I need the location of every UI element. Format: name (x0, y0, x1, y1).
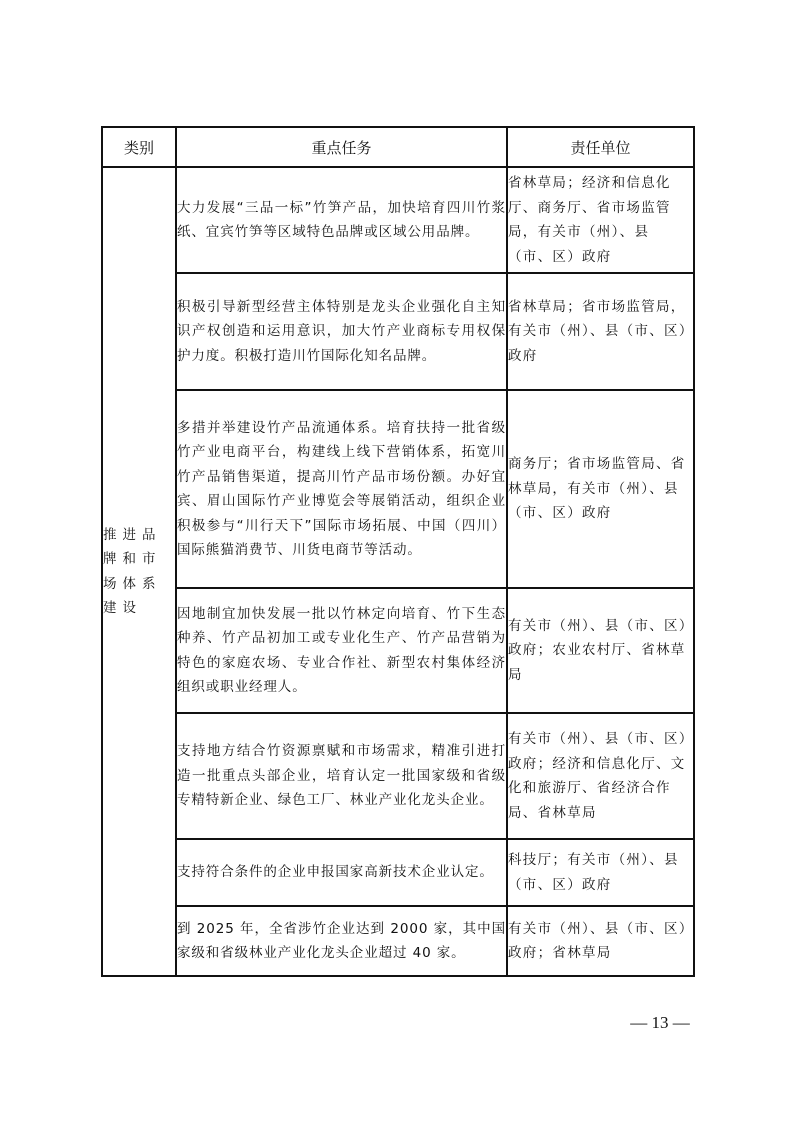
unit-cell: 有关市（州）、县（市、区）政府；农业农村厅、省林草局 (507, 588, 694, 713)
unit-cell: 省林草局；经济和信息化厅、商务厅、省市场监管局，有关市（州）、县（市、区）政府 (507, 167, 694, 273)
task-cell: 支持符合条件的企业申报国家高新技术企业认定。 (176, 839, 507, 906)
task-cell: 支持地方结合竹资源禀赋和市场需求，精准引进打造一批重点头部企业，培育认定一批国家… (176, 713, 507, 839)
unit-cell: 科技厅；有关市（州）、县（市、区）政府 (507, 839, 694, 906)
category-cell: 推进品牌和市场体系建设 (102, 167, 176, 976)
task-cell: 因地制宜加快发展一批以竹林定向培育、竹下生态种养、竹产品初加工或专业化生产、竹产… (176, 588, 507, 713)
task-cell: 积极引导新型经营主体特别是龙头企业强化自主知识产权创造和运用意识，加大竹产业商标… (176, 273, 507, 390)
header-task: 重点任务 (176, 127, 507, 167)
table-row: 推进品牌和市场体系建设 大力发展“三品一标”竹笋产品，加快培育四川竹浆纸、宜宾竹… (102, 167, 694, 273)
table-row: 支持符合条件的企业申报国家高新技术企业认定。 科技厅；有关市（州）、县（市、区）… (102, 839, 694, 906)
header-unit: 责任单位 (507, 127, 694, 167)
task-cell: 大力发展“三品一标”竹笋产品，加快培育四川竹浆纸、宜宾竹笋等区域特色品牌或区域公… (176, 167, 507, 273)
unit-cell: 有关市（州）、县（市、区）政府；省林草局 (507, 906, 694, 976)
unit-cell: 有关市（州）、县（市、区）政府；经济和信息化厅、文化和旅游厅、省经济合作局、省林… (507, 713, 694, 839)
table-header-row: 类别 重点任务 责任单位 (102, 127, 694, 167)
table-row: 因地制宜加快发展一批以竹林定向培育、竹下生态种养、竹产品初加工或专业化生产、竹产… (102, 588, 694, 713)
unit-cell: 省林草局；省市场监管局，有关市（州）、县（市、区）政府 (507, 273, 694, 390)
key-tasks-table: 类别 重点任务 责任单位 推进品牌和市场体系建设 大力发展“三品一标”竹笋产品，… (101, 126, 695, 977)
table-row: 积极引导新型经营主体特别是龙头企业强化自主知识产权创造和运用意识，加大竹产业商标… (102, 273, 694, 390)
document-page: 类别 重点任务 责任单位 推进品牌和市场体系建设 大力发展“三品一标”竹笋产品，… (0, 0, 794, 1123)
unit-cell: 商务厅；省市场监管局、省林草局，有关市（州）、县（市、区）政府 (507, 390, 694, 588)
page-number: — 13 — (620, 1013, 700, 1033)
table-row: 支持地方结合竹资源禀赋和市场需求，精准引进打造一批重点头部企业，培育认定一批国家… (102, 713, 694, 839)
task-cell: 到 2025 年，全省涉竹企业达到 2000 家，其中国家级和省级林业产业化龙头… (176, 906, 507, 976)
task-cell: 多措并举建设竹产品流通体系。培育扶持一批省级竹产业电商平台，构建线上线下营销体系… (176, 390, 507, 588)
table-row: 到 2025 年，全省涉竹企业达到 2000 家，其中国家级和省级林业产业化龙头… (102, 906, 694, 976)
header-category: 类别 (102, 127, 176, 167)
table-row: 多措并举建设竹产品流通体系。培育扶持一批省级竹产业电商平台，构建线上线下营销体系… (102, 390, 694, 588)
